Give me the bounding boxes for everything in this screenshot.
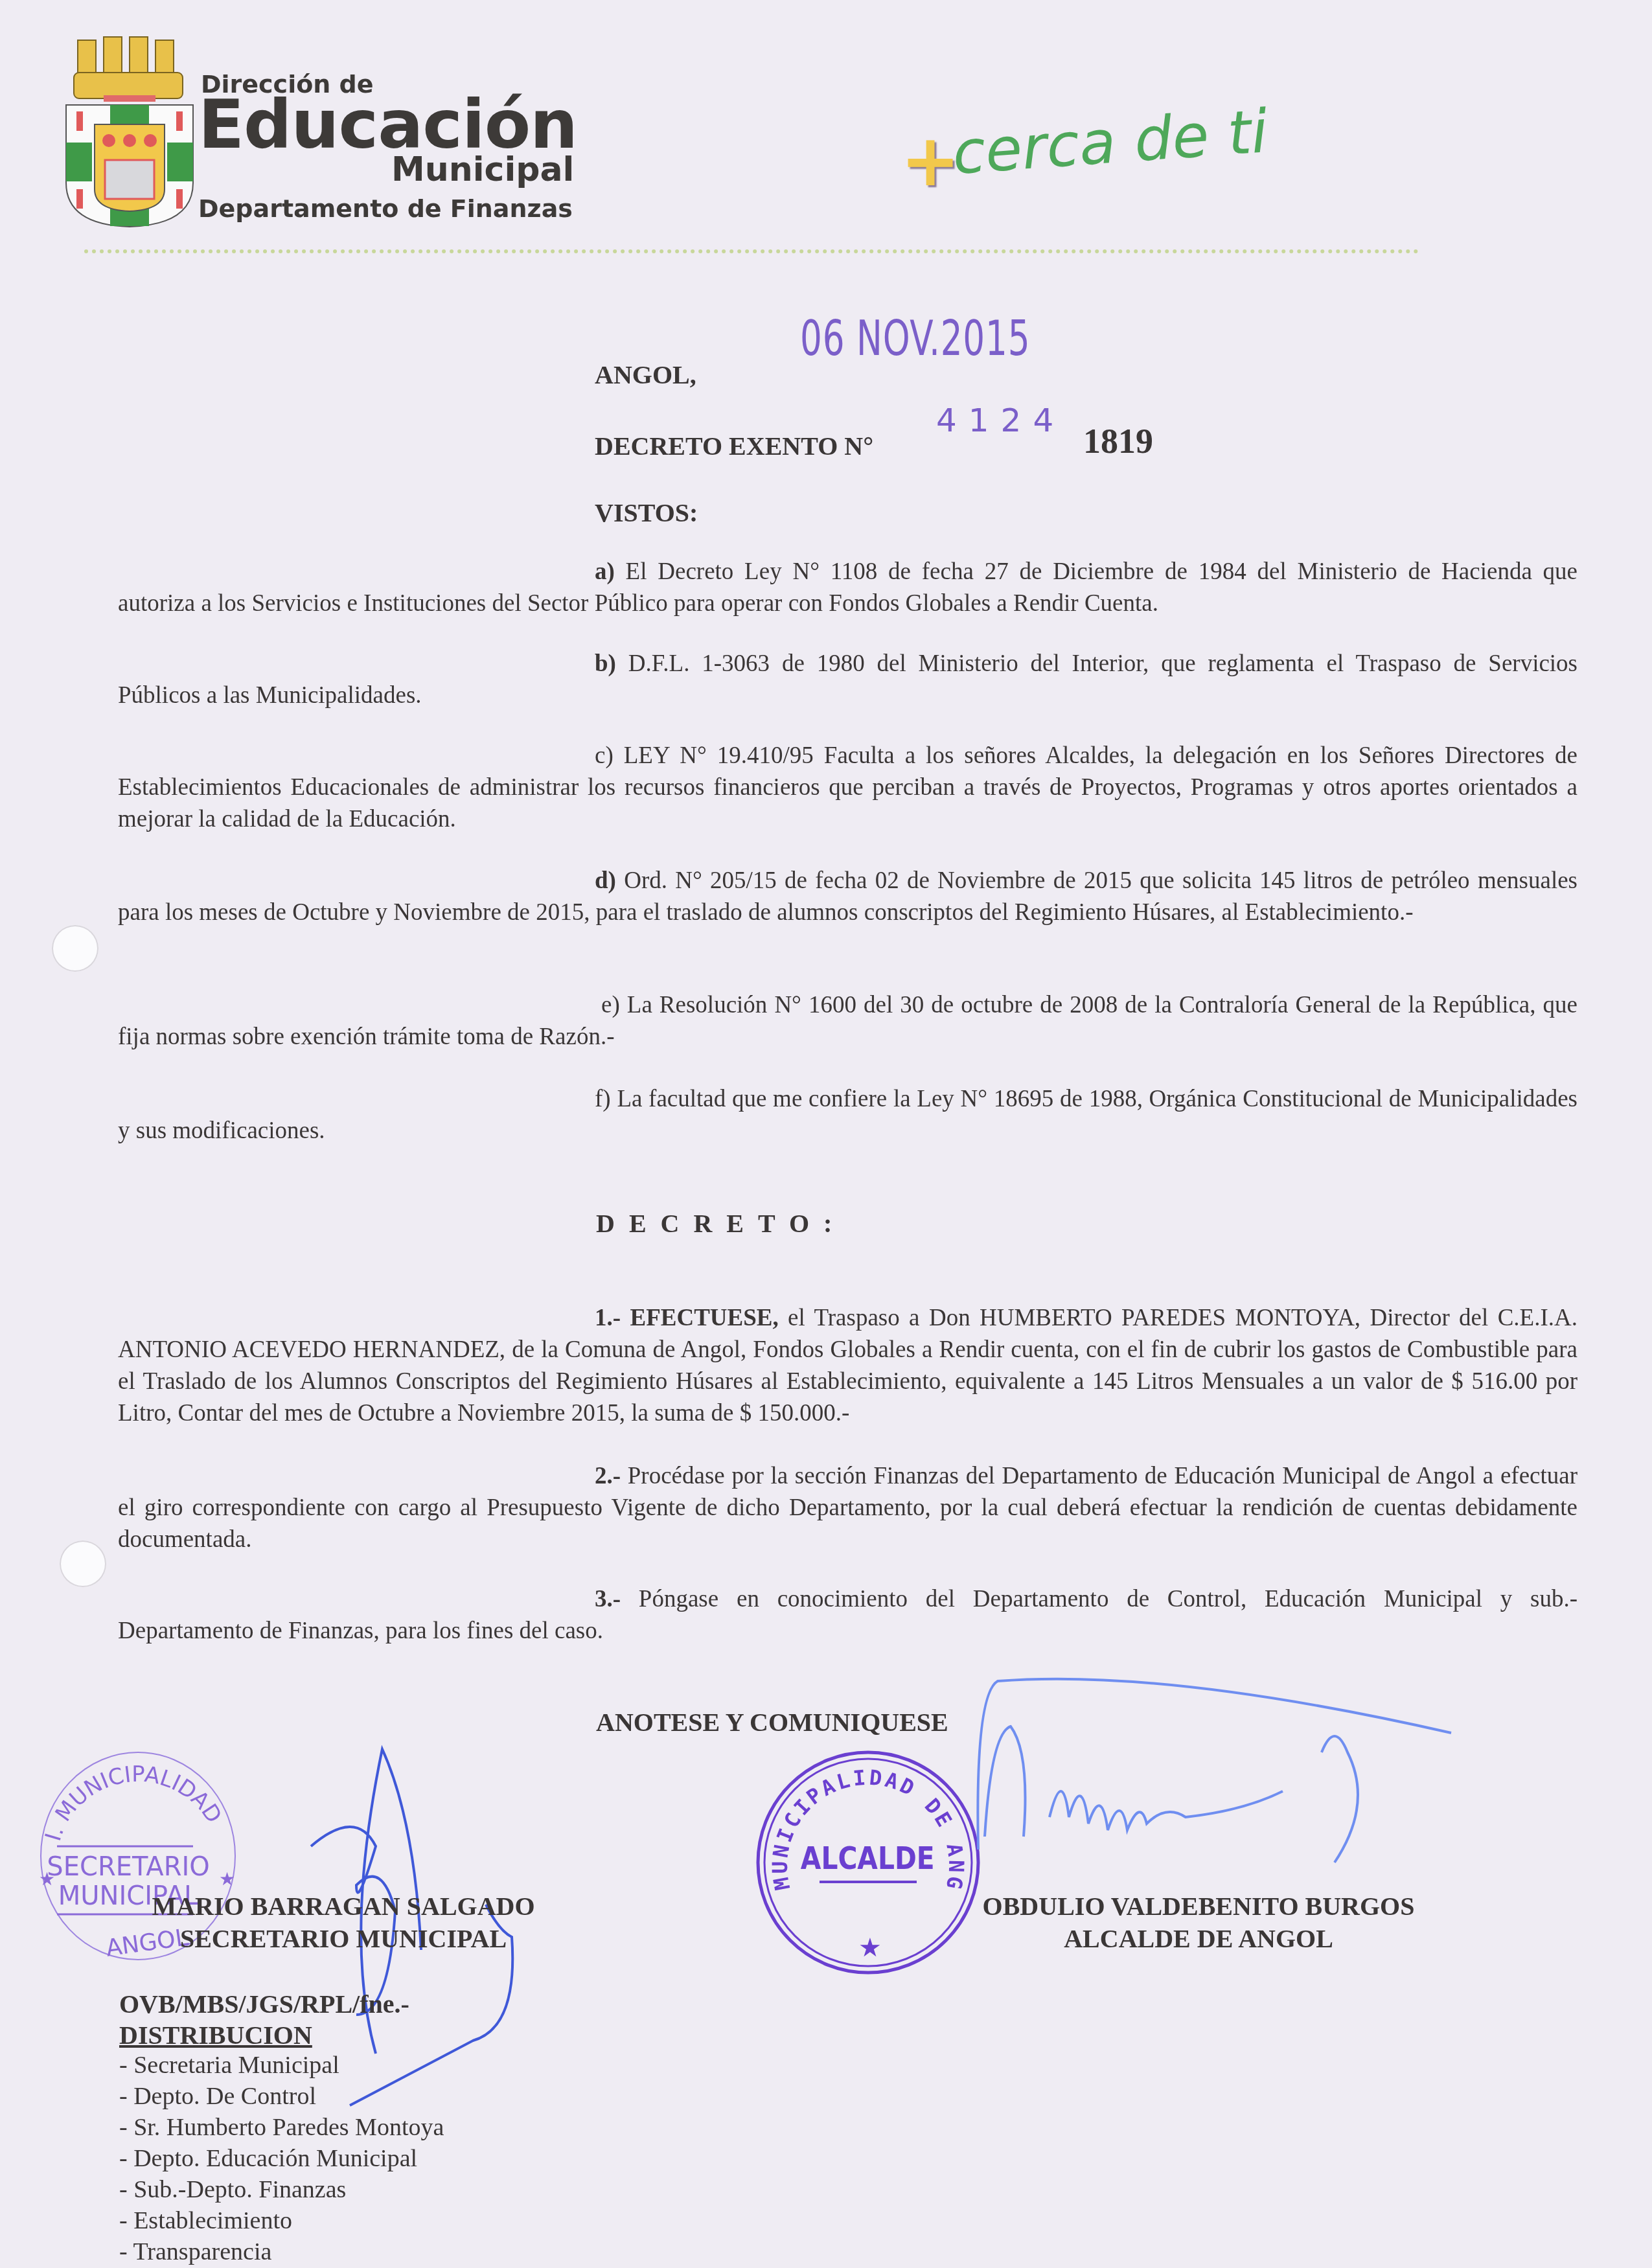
svg-text:★: ★ [219, 1870, 235, 1890]
reference-initials: OVB/MBS/JGS/RPL/fne.- [119, 1989, 409, 2019]
mayor-signature-block: OBDULIO VALDEBENITO BURGOS ALCALDE DE AN… [972, 1890, 1425, 1955]
header-divider [84, 249, 1419, 253]
vistos-heading: VISTOS: [595, 498, 698, 528]
org-name-line2: Educación [198, 91, 577, 158]
visto-f: f) La facultad que me confiere la Ley N°… [118, 1083, 1577, 1147]
visto-c: c) LEY N° 19.410/95 Faculta a los señore… [118, 740, 1577, 835]
svg-text:★: ★ [39, 1870, 55, 1890]
secretary-title: SECRETARIO MUNICIPAL [123, 1923, 564, 1955]
visto-b: b) D.F.L. 1-3063 de 1980 del Ministerio … [118, 648, 1577, 711]
decree-label: DECRETO EXENTO N° [595, 431, 873, 461]
distribution-list: - Secretaria Municipal - Depto. De Contr… [119, 2050, 444, 2267]
slogan: + cerca de ti [901, 110, 1302, 188]
coat-of-arms-icon [65, 34, 194, 228]
place-label: ANGOL, [595, 360, 696, 390]
mayor-title: ALCALDE DE ANGOL [972, 1923, 1425, 1955]
department-name: Departamento de Finanzas [198, 194, 573, 223]
punch-hole [52, 925, 98, 972]
distribution-item: - Establecimiento [119, 2205, 444, 2236]
decreto-heading: DECRETO: [596, 1208, 846, 1239]
slogan-text: cerca de ti [950, 97, 1270, 188]
distribution-item: - Transparencia [119, 2236, 444, 2267]
secretary-signature [279, 1743, 564, 2028]
distribution-item: - Sr. Humberto Paredes Montoya [119, 2112, 444, 2143]
org-name-line3: Municipal [391, 150, 574, 189]
visto-e: e) La Resolución N° 1600 del 30 de octub… [118, 989, 1577, 1053]
secretary-name: MARIO BARRAGAN SALGADO [123, 1890, 564, 1923]
mayor-signature [972, 1655, 1464, 1888]
secretary-signature-block: MARIO BARRAGAN SALGADO SECRETARIO MUNICI… [123, 1890, 564, 1955]
distribution-item: - Secretaria Municipal [119, 2050, 444, 2081]
date-stamp: 06 NOV.2015 [800, 311, 1030, 367]
punch-hole [60, 1541, 106, 1587]
article-1: 1.- EFECTUESE, el Traspaso a Don HUMBERT… [118, 1302, 1577, 1429]
svg-text:ALCALDE: ALCALDE [801, 1840, 935, 1877]
svg-text:★: ★ [858, 1933, 882, 1962]
distribution-heading: DISTRIBUCION [119, 2020, 312, 2050]
distribution-item: - Sub.-Depto. Finanzas [119, 2174, 444, 2205]
visto-a: a) El Decreto Ley N° 1108 de fecha 27 de… [118, 556, 1577, 619]
mayor-seal: MUNICIPALIDAD DE ANGOL ALCALDE ★ [755, 1749, 981, 1976]
mayor-name: OBDULIO VALDEBENITO BURGOS [972, 1890, 1425, 1923]
article-3: 3.- Póngase en conocimiento del Departam… [118, 1583, 1577, 1647]
decree-number: 1819 [1083, 421, 1153, 461]
closing-formula: ANOTESE Y COMUNIQUESE [596, 1707, 948, 1737]
svg-text:I. MUNICIPALIDAD: I. MUNICIPALIDAD [40, 1761, 227, 1844]
distribution-item: - Depto. De Control [119, 2081, 444, 2112]
distribution-item: - Depto. Educación Municipal [119, 2143, 444, 2174]
article-2: 2.- Procédase por la sección Finanzas de… [118, 1460, 1577, 1555]
visto-d: d) Ord. N° 205/15 de fecha 02 de Noviemb… [118, 865, 1577, 928]
svg-text:SECRETARIO: SECRETARIO [47, 1852, 209, 1882]
number-stamp: 4124 [936, 402, 1065, 439]
